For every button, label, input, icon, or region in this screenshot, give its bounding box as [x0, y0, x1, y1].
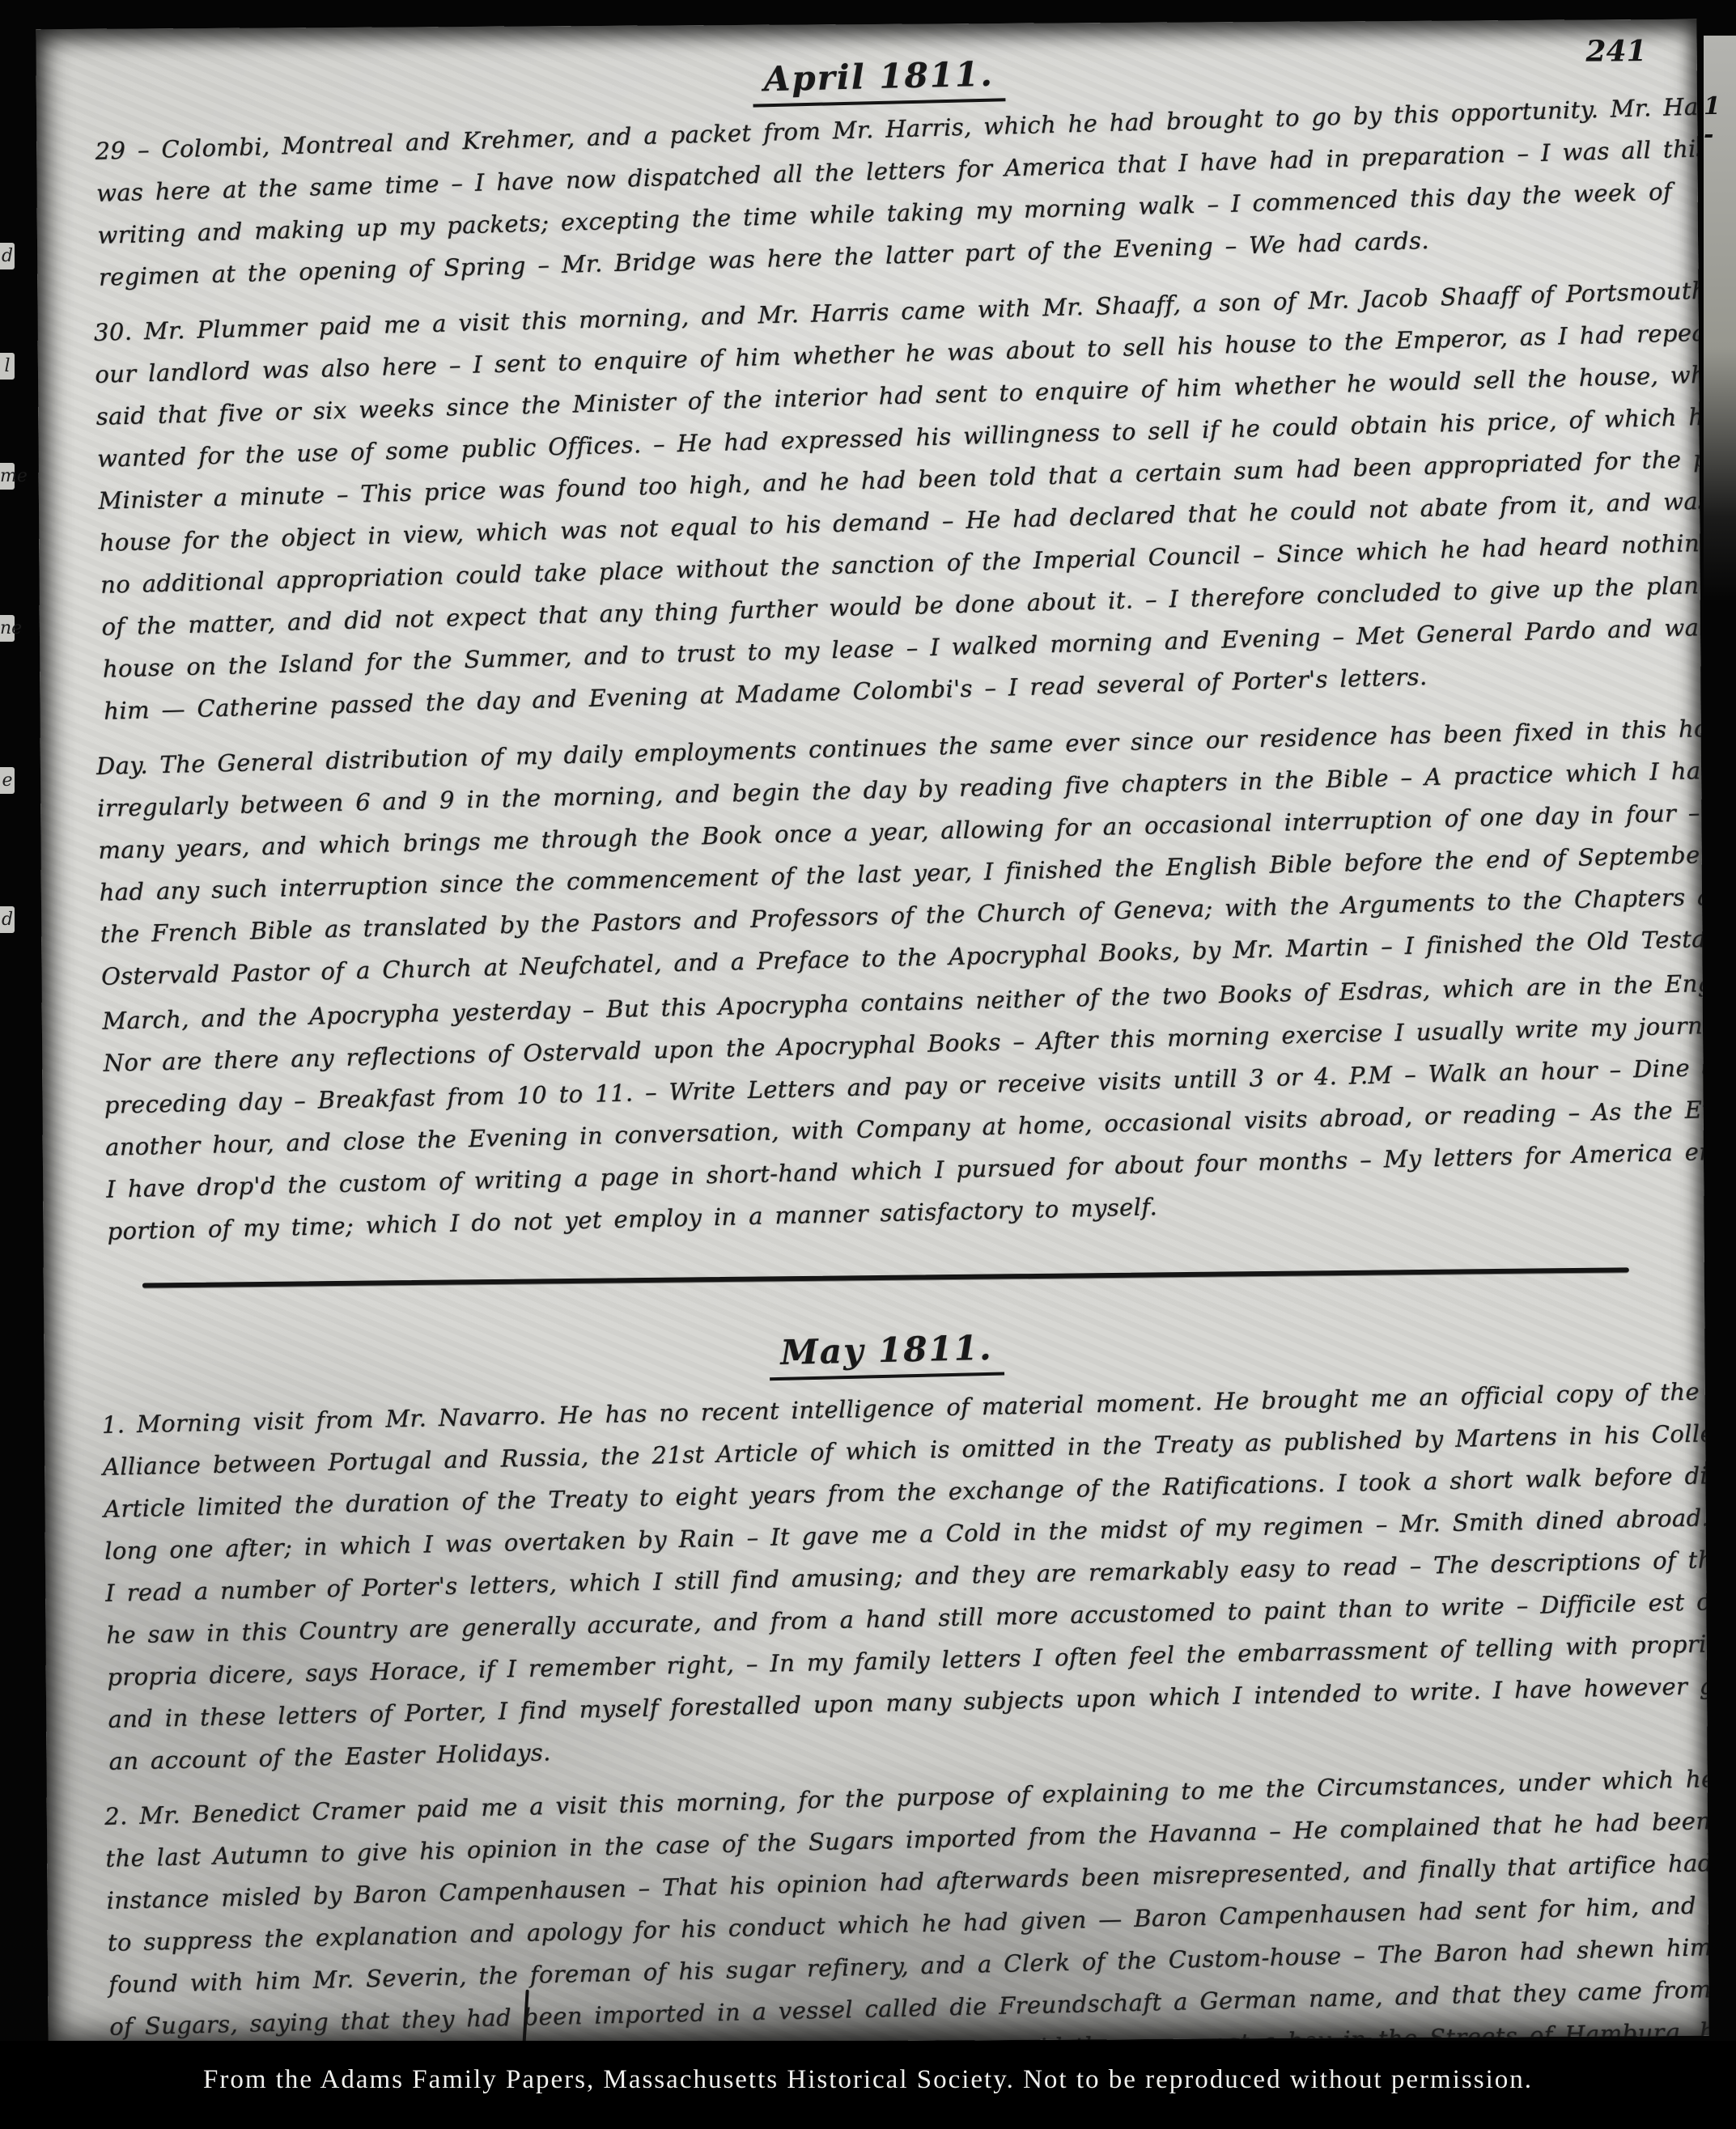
- section-heading-may: May 1811.: [769, 1327, 1005, 1380]
- archive-caption: From the Adams Family Papers, Massachuse…: [0, 2065, 1736, 2095]
- edge-text-fragment: d: [0, 906, 15, 933]
- journal-entry-day-summary: Day. The General distribution of my dail…: [96, 708, 1672, 1252]
- section-may-1811: May 1811. 1. Morning visit from Mr. Nava…: [104, 1325, 1674, 2046]
- section-april-1811: April 1811. 29 – Colombi, Montreal and K…: [96, 52, 1669, 1253]
- edge-text-fragment: d: [0, 243, 15, 269]
- journal-entry-may-1: 1. Morning visit from Mr. Navarro. He ha…: [101, 1371, 1674, 1782]
- journal-entry-may-2: 2. Mr. Benedict Cramer paid me a visit t…: [104, 1758, 1676, 2046]
- edge-text-fragment: me: [0, 463, 15, 490]
- caption-band: From the Adams Family Papers, Massachuse…: [0, 2041, 1736, 2129]
- journal-entry-april-29: 29 – Colombi, Montreal and Krehmer, and …: [95, 87, 1664, 299]
- edge-text-fragment: l: [0, 353, 15, 380]
- section-heading-row: May 1811.: [104, 1325, 1669, 1383]
- film-right-edge: 1 -: [1704, 36, 1736, 602]
- edge-text-fragment: ne: [0, 615, 15, 642]
- manuscript-page: 241 April 1811. 29 – Colombi, Montreal a…: [36, 19, 1708, 2046]
- edge-text-fragment: e: [0, 767, 15, 794]
- section-heading-april: April 1811.: [752, 53, 1005, 107]
- page-number: 241: [1585, 34, 1646, 68]
- journal-entry-april-30: 30. Mr. Plummer paid me a visit this mor…: [93, 270, 1669, 732]
- section-divider-rule: [142, 1267, 1629, 1287]
- right-edge-mark: 1 -: [1704, 92, 1731, 149]
